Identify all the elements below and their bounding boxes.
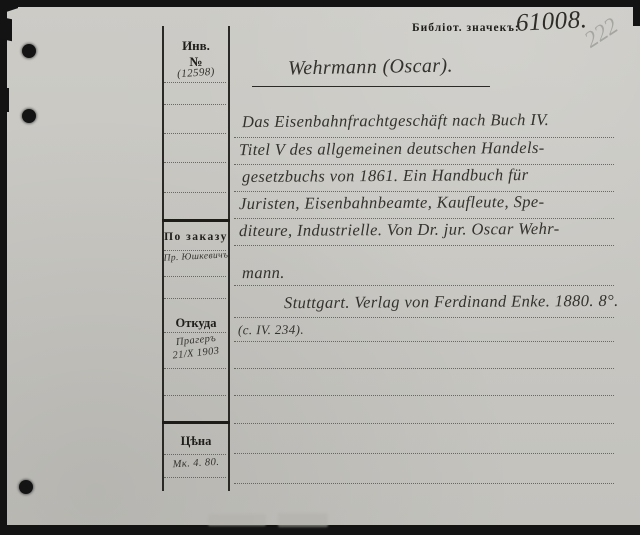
manuscript-rule bbox=[234, 395, 614, 396]
origin-label: Откуда bbox=[162, 316, 230, 331]
scan-corner-top-left bbox=[0, 0, 18, 14]
manuscript-line: Stuttgart. Verlag von Ferdinand Enke. 18… bbox=[284, 291, 619, 313]
manuscript-line: mann. bbox=[242, 263, 285, 283]
column-dotted-rule bbox=[164, 395, 226, 396]
manuscript-rule bbox=[234, 191, 614, 192]
price-label: Цѣна bbox=[162, 434, 230, 449]
punch-hole bbox=[22, 109, 36, 123]
manuscript-rule bbox=[234, 245, 614, 246]
library-mark-label: Библіот. значекъ: bbox=[412, 22, 520, 34]
scan-edge-left-nub bbox=[0, 17, 12, 42]
library-mark-number: 61008. bbox=[515, 6, 588, 38]
manuscript-line: Juristen, Eisenbahnbeamte, Kaufleute, Sp… bbox=[239, 192, 545, 214]
scan-edge-top bbox=[0, 0, 640, 7]
manuscript-rule bbox=[234, 341, 614, 342]
manuscript-line: (c. IV. 234). bbox=[238, 322, 304, 338]
manuscript-rule bbox=[234, 368, 614, 369]
manuscript-rule bbox=[234, 453, 614, 454]
manuscript-line: Das Eisenbahnfrachtgeschäft nach Buch IV… bbox=[242, 110, 549, 132]
manuscript-rule bbox=[234, 317, 614, 318]
catalog-card-scan: Библіот. значекъ: 61008. 222 Инв. № (125… bbox=[0, 0, 640, 535]
manuscript-rule bbox=[234, 137, 614, 138]
column-dotted-rule bbox=[164, 104, 226, 105]
column-dotted-rule bbox=[164, 162, 226, 163]
punch-hole bbox=[19, 480, 33, 494]
faded-stamp-1 bbox=[208, 514, 266, 526]
column-dotted-rule bbox=[164, 82, 226, 83]
inventory-label-top: Инв. bbox=[162, 38, 230, 54]
manuscript-line: diteure, Industrielle. Von Dr. jur. Osca… bbox=[239, 219, 560, 241]
price-value: Мк. 4. 80. bbox=[162, 456, 230, 471]
column-divider-thick-2 bbox=[162, 421, 230, 424]
manuscript-rule bbox=[234, 218, 614, 219]
scan-corner-top-right bbox=[633, 0, 640, 26]
punch-hole bbox=[22, 44, 36, 58]
entry-heading: Wehrmann (Oscar). bbox=[288, 55, 453, 81]
column-dotted-rule bbox=[164, 276, 226, 277]
manuscript-rule bbox=[234, 483, 614, 484]
manuscript-line: gesetzbuchs von 1861. Ein Handbuch für bbox=[242, 165, 529, 187]
column-dotted-rule bbox=[164, 368, 226, 369]
column-dotted-rule bbox=[164, 298, 226, 299]
scan-edge-left bbox=[0, 0, 7, 535]
column-divider-thick-1 bbox=[162, 219, 230, 222]
column-dotted-rule bbox=[164, 192, 226, 193]
order-label: По заказу bbox=[162, 231, 230, 243]
manuscript-rule bbox=[234, 164, 614, 165]
manuscript-rule bbox=[234, 285, 614, 286]
column-dotted-rule bbox=[164, 477, 226, 478]
scan-edge-left-nub-2 bbox=[0, 88, 9, 112]
heading-underline bbox=[252, 86, 490, 87]
order-value: Пр. Юшкевичъ bbox=[162, 250, 230, 264]
column-dotted-rule bbox=[164, 133, 226, 134]
manuscript-line: Titel V des allgemeinen deutschen Handel… bbox=[239, 138, 545, 160]
faded-stamp-2 bbox=[278, 513, 328, 527]
manuscript-rule bbox=[234, 423, 614, 424]
column-dotted-rule bbox=[164, 454, 226, 455]
